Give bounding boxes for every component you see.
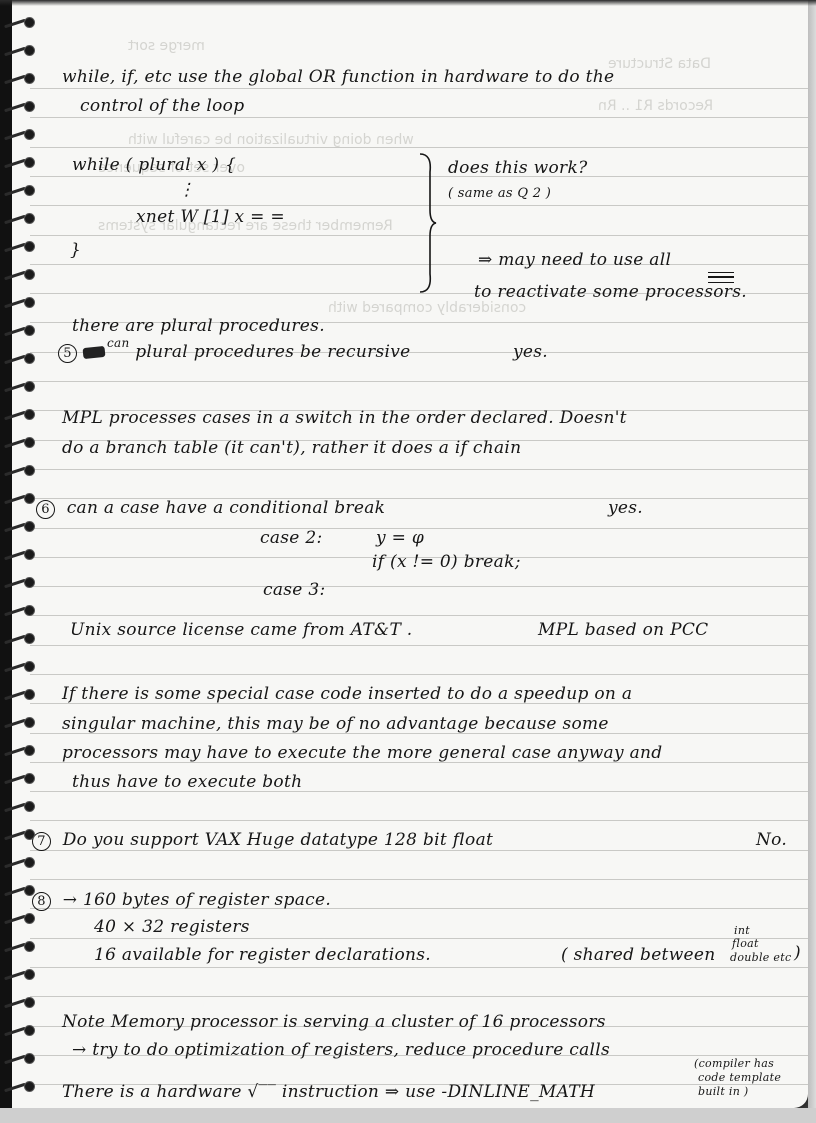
curly-brace-icon [418,152,438,294]
ruled-line [30,615,808,616]
question-8: 8 → 160 bytes of register space. [32,890,331,911]
question-7: 7 Do you support VAX Huge datatype 128 b… [32,830,493,851]
answer: No. [756,830,787,850]
ruled-line [30,117,808,118]
spiral-ring-icon [4,466,30,476]
side-note: code template [698,1072,781,1084]
note-line: do a branch table (it can't), rather it … [62,438,521,458]
bleed-through-text: Data Structure [608,56,711,72]
spiral-ring-icon [4,158,30,168]
spiral-ring-icon [4,858,30,868]
spiral-ring-icon [4,1054,30,1064]
spiral-ring-icon [4,942,30,952]
ruled-line [30,820,808,821]
inserted-word: can [107,336,130,350]
spiral-ring-icon [4,774,30,784]
side-note: ) [794,943,801,963]
spiral-ring-icon [4,830,30,840]
spiral-ring-icon [4,606,30,616]
spiral-ring-icon [4,494,30,504]
bleed-through-text: Records R1 .. Rn [598,98,713,114]
brace-answer: to reactivate some processors. [474,282,747,302]
spiral-ring-icon [4,998,30,1008]
question-5: 5can plural procedures be recursive [58,342,411,363]
note-line: while, if, etc use the global OR functio… [62,67,614,87]
question-number: 6 [36,500,55,519]
note-line: singular machine, this may be of no adva… [62,714,609,734]
spiral-ring-icon [4,214,30,224]
spiral-ring-icon [4,802,30,812]
note-line: Note Memory processor is serving a clust… [62,1012,606,1032]
note-line: → try to do optimization of registers, r… [72,1040,610,1060]
bleed-through-text: merge sort [128,38,205,54]
note-line: 40 × 32 registers [94,917,250,937]
side-note-type: double etc [730,952,791,964]
side-note-type: int [734,925,750,937]
ruled-line [30,674,808,675]
note-line: processors may have to execute the more … [62,743,662,763]
side-note: ( shared between [561,945,716,965]
ruled-line [30,645,808,646]
code-line: case 2: [260,528,323,548]
spiral-ring-icon [4,578,30,588]
spiral-ring-icon [4,326,30,336]
side-note-type: float [732,938,759,950]
spiral-ring-icon [4,186,30,196]
answer: yes. [608,498,643,518]
answer: yes. [513,342,548,362]
bleed-through-text: when doing virtualization be careful wit… [128,132,414,148]
scan-shadow [0,0,816,6]
ruled-line [30,469,808,470]
spiral-ring-icon [4,970,30,980]
ruled-line [30,879,808,880]
ruled-line [30,88,808,89]
ruled-line [30,381,808,382]
spiral-ring-icon [4,746,30,756]
ruled-line [30,996,808,997]
ruled-line [30,586,808,587]
note-line: Unix source license came from AT&T . [70,620,413,640]
spiral-ring-icon [4,690,30,700]
note-line: there are plural procedures. [72,316,325,336]
bleed-through-text: considerably compared with [328,300,526,316]
note-line: MPL processes cases in a switch in the o… [62,408,627,428]
code-line: xnet W [1] x = = [136,207,285,227]
spiral-ring-icon [4,1082,30,1092]
code-line: if (x != 0) break; [372,552,521,572]
notebook-page: merge sort Data Structure Records R1 .. … [8,0,808,1108]
notebook-spine [0,0,12,1123]
spiral-ring-icon [4,46,30,56]
code-ellipsis: ⋮ [178,180,195,200]
question-text: plural procedures be recursive [135,342,410,362]
spiral-ring-icon [4,382,30,392]
spiral-ring-icon [4,298,30,308]
brace-question: ( same as Q 2 ) [448,186,551,201]
spiral-ring-icon [4,270,30,280]
spiral-ring-icon [4,718,30,728]
side-note: built in ) [698,1086,748,1098]
spiral-ring-icon [4,634,30,644]
question-6: 6 can a case have a conditional break [36,498,385,519]
page-edge [0,1108,816,1123]
spiral-ring-icon [4,886,30,896]
spiral-ring-icon [4,550,30,560]
code-line: y = φ [376,528,424,548]
spiral-ring-icon [4,130,30,140]
code-line: case 3: [263,580,326,600]
note-line: 16 available for register declarations. [94,945,431,965]
question-number: 8 [32,892,51,911]
page-edge [808,0,816,1123]
spiral-ring-icon [4,914,30,924]
spiral-ring-icon [4,354,30,364]
spiral-ring-icon [4,662,30,672]
scribble-mark [82,346,105,359]
note-line: If there is some special case code inser… [62,684,632,704]
spiral-ring-icon [4,74,30,84]
note-text: → 160 bytes of register space. [63,890,331,910]
spiral-ring-icon [4,102,30,112]
brace-answer: ⇒ may need to use all [478,250,671,270]
brace-question: does this work? [448,158,587,178]
note-line: MPL based on PCC [538,620,708,640]
code-line: while ( plural x ) { [72,155,236,175]
spiral-ring-icon [4,242,30,252]
ruled-line [30,967,808,968]
note-line: control of the loop [80,96,244,116]
question-text: Do you support VAX Huge datatype 128 bit… [63,830,493,850]
code-line: } [70,240,81,260]
spiral-ring-icon [4,410,30,420]
spiral-ring-icon [4,522,30,532]
question-text: can a case have a conditional break [67,498,386,518]
spiral-ring-icon [4,18,30,28]
ruled-line [30,938,808,939]
note-line: There is a hardware √‾‾ instruction ⇒ us… [62,1082,595,1102]
spiral-ring-icon [4,1026,30,1036]
note-line: thus have to execute both [72,772,302,792]
question-number: 5 [58,344,77,363]
spiral-ring-icon [4,438,30,448]
side-note: (compiler has [694,1058,774,1070]
